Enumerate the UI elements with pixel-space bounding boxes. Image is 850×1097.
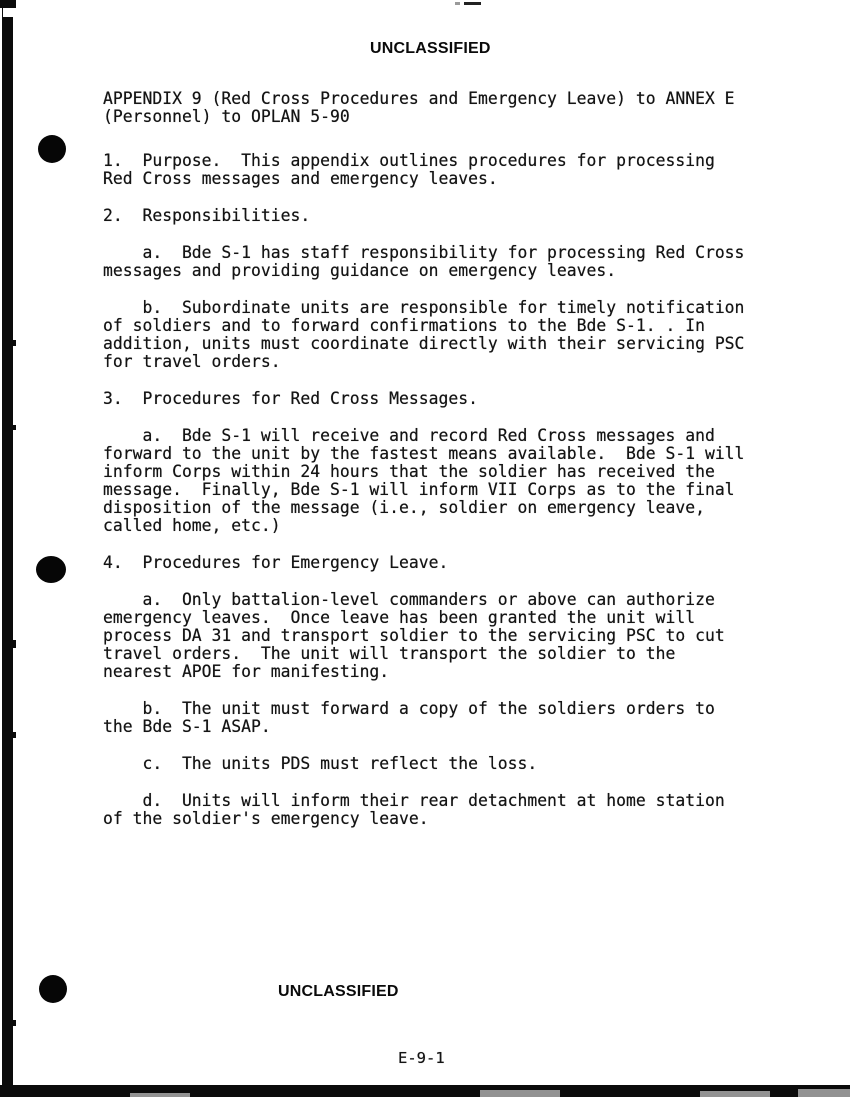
text-line: message. Finally, Bde S-1 will inform VI…: [103, 481, 744, 499]
scan-edge-gray-patch: [130, 1093, 190, 1097]
text-line: travel orders. The unit will transport t…: [103, 645, 744, 663]
scan-binding-edge-notch: [3, 8, 14, 17]
text-line: nearest APOE for manifesting.: [103, 663, 744, 681]
text-line: 4. Procedures for Emergency Leave.: [103, 554, 744, 572]
text-line: disposition of the message (i.e., soldie…: [103, 499, 744, 517]
document-paragraph: a. Bde S-1 has staff responsibility for …: [103, 244, 744, 280]
text-line: a. Bde S-1 has staff responsibility for …: [103, 244, 744, 262]
classification-banner-bottom: UNCLASSIFIED: [278, 983, 399, 1001]
scan-edge-gray-patch: [798, 1089, 850, 1097]
scan-binding-edge-top-stub: [0, 0, 16, 8]
scan-edge-tick: [13, 425, 16, 430]
document-paragraph: 2. Responsibilities.: [103, 207, 744, 225]
text-line: called home, etc.): [103, 517, 744, 535]
text-line: 2. Responsibilities.: [103, 207, 744, 225]
document-paragraph: 1. Purpose. This appendix outlines proce…: [103, 152, 744, 188]
document-paragraph: b. The unit must forward a copy of the s…: [103, 700, 744, 736]
document-paragraph: d. Units will inform their rear detachme…: [103, 792, 744, 828]
document-paragraph: a. Only battalion-level commanders or ab…: [103, 591, 744, 681]
document-body: APPENDIX 9 (Red Cross Procedures and Eme…: [103, 90, 744, 847]
hole-punch-top: [38, 135, 66, 163]
text-line: process DA 31 and transport soldier to t…: [103, 627, 744, 645]
text-line: addition, units must coordinate directly…: [103, 335, 744, 353]
text-line: inform Corps within 24 hours that the so…: [103, 463, 744, 481]
hole-punch-middle: [36, 556, 66, 583]
page-number: E-9-1: [398, 1049, 445, 1067]
scan-edge-gray-patch: [480, 1090, 560, 1097]
scan-edge-gray-patch: [700, 1091, 770, 1097]
text-line: 1. Purpose. This appendix outlines proce…: [103, 152, 744, 170]
text-line: (Personnel) to OPLAN 5-90: [103, 108, 744, 126]
classification-banner-top: UNCLASSIFIED: [370, 40, 491, 58]
text-line: for travel orders.: [103, 353, 744, 371]
appendix-title: APPENDIX 9 (Red Cross Procedures and Eme…: [103, 90, 744, 126]
text-line: b. The unit must forward a copy of the s…: [103, 700, 744, 718]
text-line: c. The units PDS must reflect the loss.: [103, 755, 744, 773]
scan-edge-tick: [13, 1020, 16, 1026]
document-paragraph: c. The units PDS must reflect the loss.: [103, 755, 744, 773]
scan-edge-tick: [13, 340, 16, 346]
scan-edge-tick: [13, 640, 16, 648]
scanned-document-page: UNCLASSIFIED UNCLASSIFIED APPENDIX 9 (Re…: [0, 0, 850, 1097]
scan-binding-edge-left: [2, 0, 13, 1097]
text-line: b. Subordinate units are responsible for…: [103, 299, 744, 317]
scan-artifact-dash-mark: [455, 2, 481, 5]
text-line: emergency leaves. Once leave has been gr…: [103, 609, 744, 627]
text-line: a. Only battalion-level commanders or ab…: [103, 591, 744, 609]
document-paragraph: 4. Procedures for Emergency Leave.: [103, 554, 744, 572]
text-line: APPENDIX 9 (Red Cross Procedures and Eme…: [103, 90, 744, 108]
text-line: d. Units will inform their rear detachme…: [103, 792, 744, 810]
text-line: the Bde S-1 ASAP.: [103, 718, 744, 736]
document-paragraph: a. Bde S-1 will receive and record Red C…: [103, 427, 744, 535]
hole-punch-bottom: [39, 975, 67, 1003]
text-line: messages and providing guidance on emerg…: [103, 262, 744, 280]
text-line: Red Cross messages and emergency leaves.: [103, 170, 744, 188]
text-line: 3. Procedures for Red Cross Messages.: [103, 390, 744, 408]
document-paragraph: b. Subordinate units are responsible for…: [103, 299, 744, 371]
scan-edge-tick: [13, 732, 16, 738]
text-line: forward to the unit by the fastest means…: [103, 445, 744, 463]
text-line: of the soldier's emergency leave.: [103, 810, 744, 828]
document-paragraph: 3. Procedures for Red Cross Messages.: [103, 390, 744, 408]
text-line: of soldiers and to forward confirmations…: [103, 317, 744, 335]
text-line: a. Bde S-1 will receive and record Red C…: [103, 427, 744, 445]
